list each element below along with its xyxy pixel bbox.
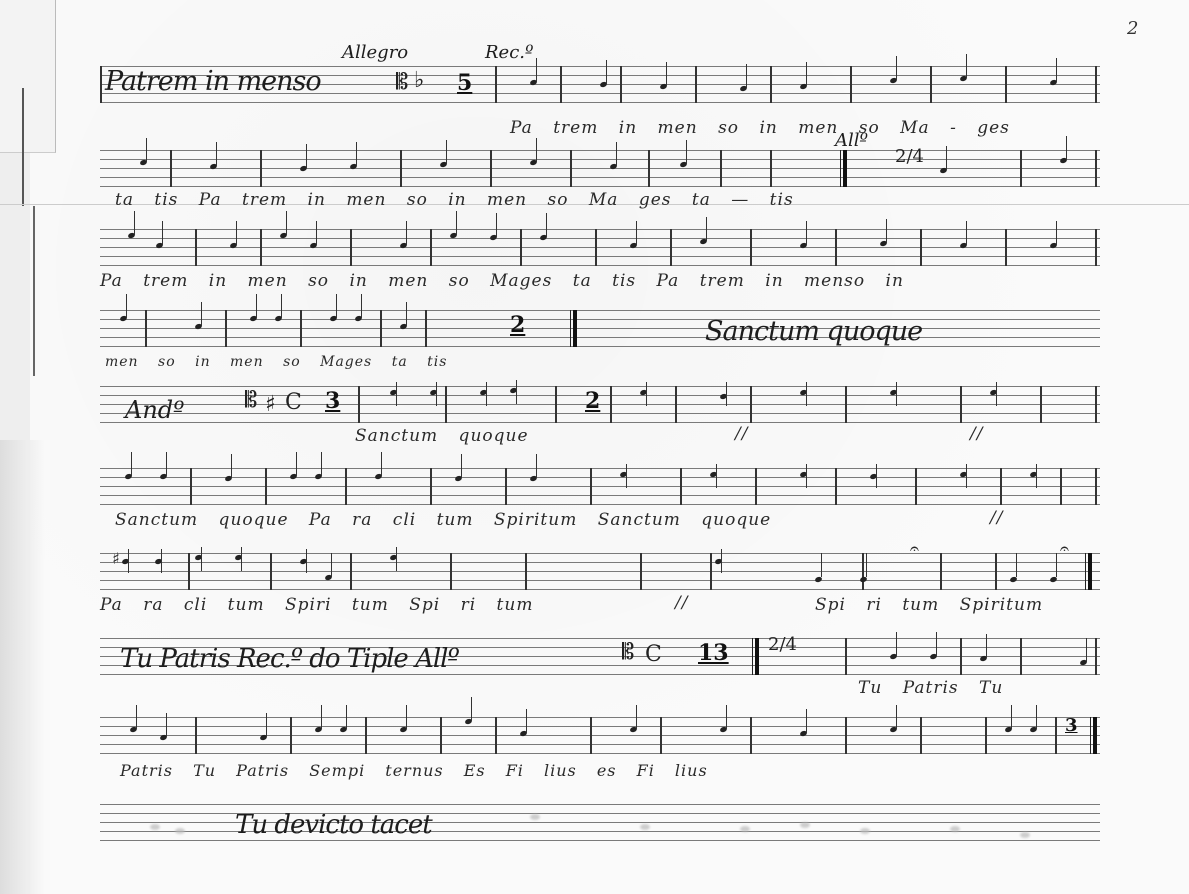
- section-heading: Sanctum quoque: [705, 316, 922, 347]
- repeat-mark: //: [990, 508, 1003, 528]
- common-time-signature: C: [285, 390, 302, 415]
- c-clef-icon: 𝄡: [396, 70, 408, 95]
- binding-thread: [22, 88, 24, 206]
- lyrics-line: Pa ra cli tum Spiri tum Spi ri tum: [100, 595, 533, 615]
- lyrics-line: Pa trem in men so in men so Mages ta tis…: [100, 271, 904, 291]
- rest-measure-count: 2: [510, 312, 525, 338]
- repeat-mark: //: [970, 424, 983, 444]
- rest-measure-count: 3: [325, 388, 340, 414]
- time-signature-change: 2/4: [768, 636, 797, 654]
- binding-thread: [33, 206, 35, 376]
- lyrics-line: men so in men so Mages ta tis: [105, 354, 447, 370]
- page-number: 2: [1127, 18, 1138, 39]
- rest-measure-count: 3: [1065, 715, 1078, 736]
- lyrics-line: ta tis Pa trem in men so in men so Ma ge…: [115, 190, 794, 210]
- torn-edge: [0, 440, 45, 894]
- lyrics-line: Sanctum quoque Pa ra cli tum Spiritum Sa…: [115, 510, 771, 530]
- repeat-mark: //: [675, 593, 688, 613]
- flat-key-signature: ♭: [414, 68, 424, 93]
- common-time-signature: C: [645, 642, 662, 667]
- paper-tab: [0, 0, 56, 153]
- section-heading: Patrem in menso: [105, 66, 321, 97]
- lyrics-line: Patris Tu Patris Sempi ternus Es Fi lius…: [120, 761, 708, 780]
- c-clef-icon: 𝄡: [245, 388, 257, 413]
- sharp-accidental: ♯: [112, 549, 120, 568]
- lyrics-line: Sanctum quoque: [355, 426, 529, 446]
- fermata-icon: 𝄐: [1060, 539, 1069, 559]
- part-marking: Rec.º: [485, 42, 533, 63]
- rest-measure-count: 5: [457, 70, 472, 96]
- manuscript-page: 2 Patrem in menso Allegro Rec.º 𝄡 ♭ 5 Pa…: [0, 0, 1189, 894]
- lyrics-line: Tu Patris Tu: [858, 678, 1003, 698]
- fermata-icon: 𝄐: [910, 539, 919, 559]
- tempo-marking: Andº: [125, 396, 184, 424]
- tempo-marking: Allegro: [342, 42, 408, 63]
- section-marking: Allº: [835, 130, 868, 151]
- section-heading: Tu Patris Rec.º do Tiple Allº: [120, 644, 459, 674]
- rest-measure-count: 13: [698, 640, 729, 666]
- lyrics-line-continuation: Spi ri tum Spiritum: [815, 595, 1043, 615]
- lyrics-line: Pa trem in men so in men so Ma - ges: [510, 118, 1010, 138]
- c-clef-icon: 𝄡: [622, 640, 634, 665]
- rest-measure-count: 2: [585, 388, 600, 414]
- repeat-mark: //: [735, 424, 748, 444]
- section-heading: Tu devicto tacet: [235, 810, 432, 840]
- sharp-key-signature: ♯: [265, 392, 276, 417]
- time-signature: 2/4: [895, 148, 924, 166]
